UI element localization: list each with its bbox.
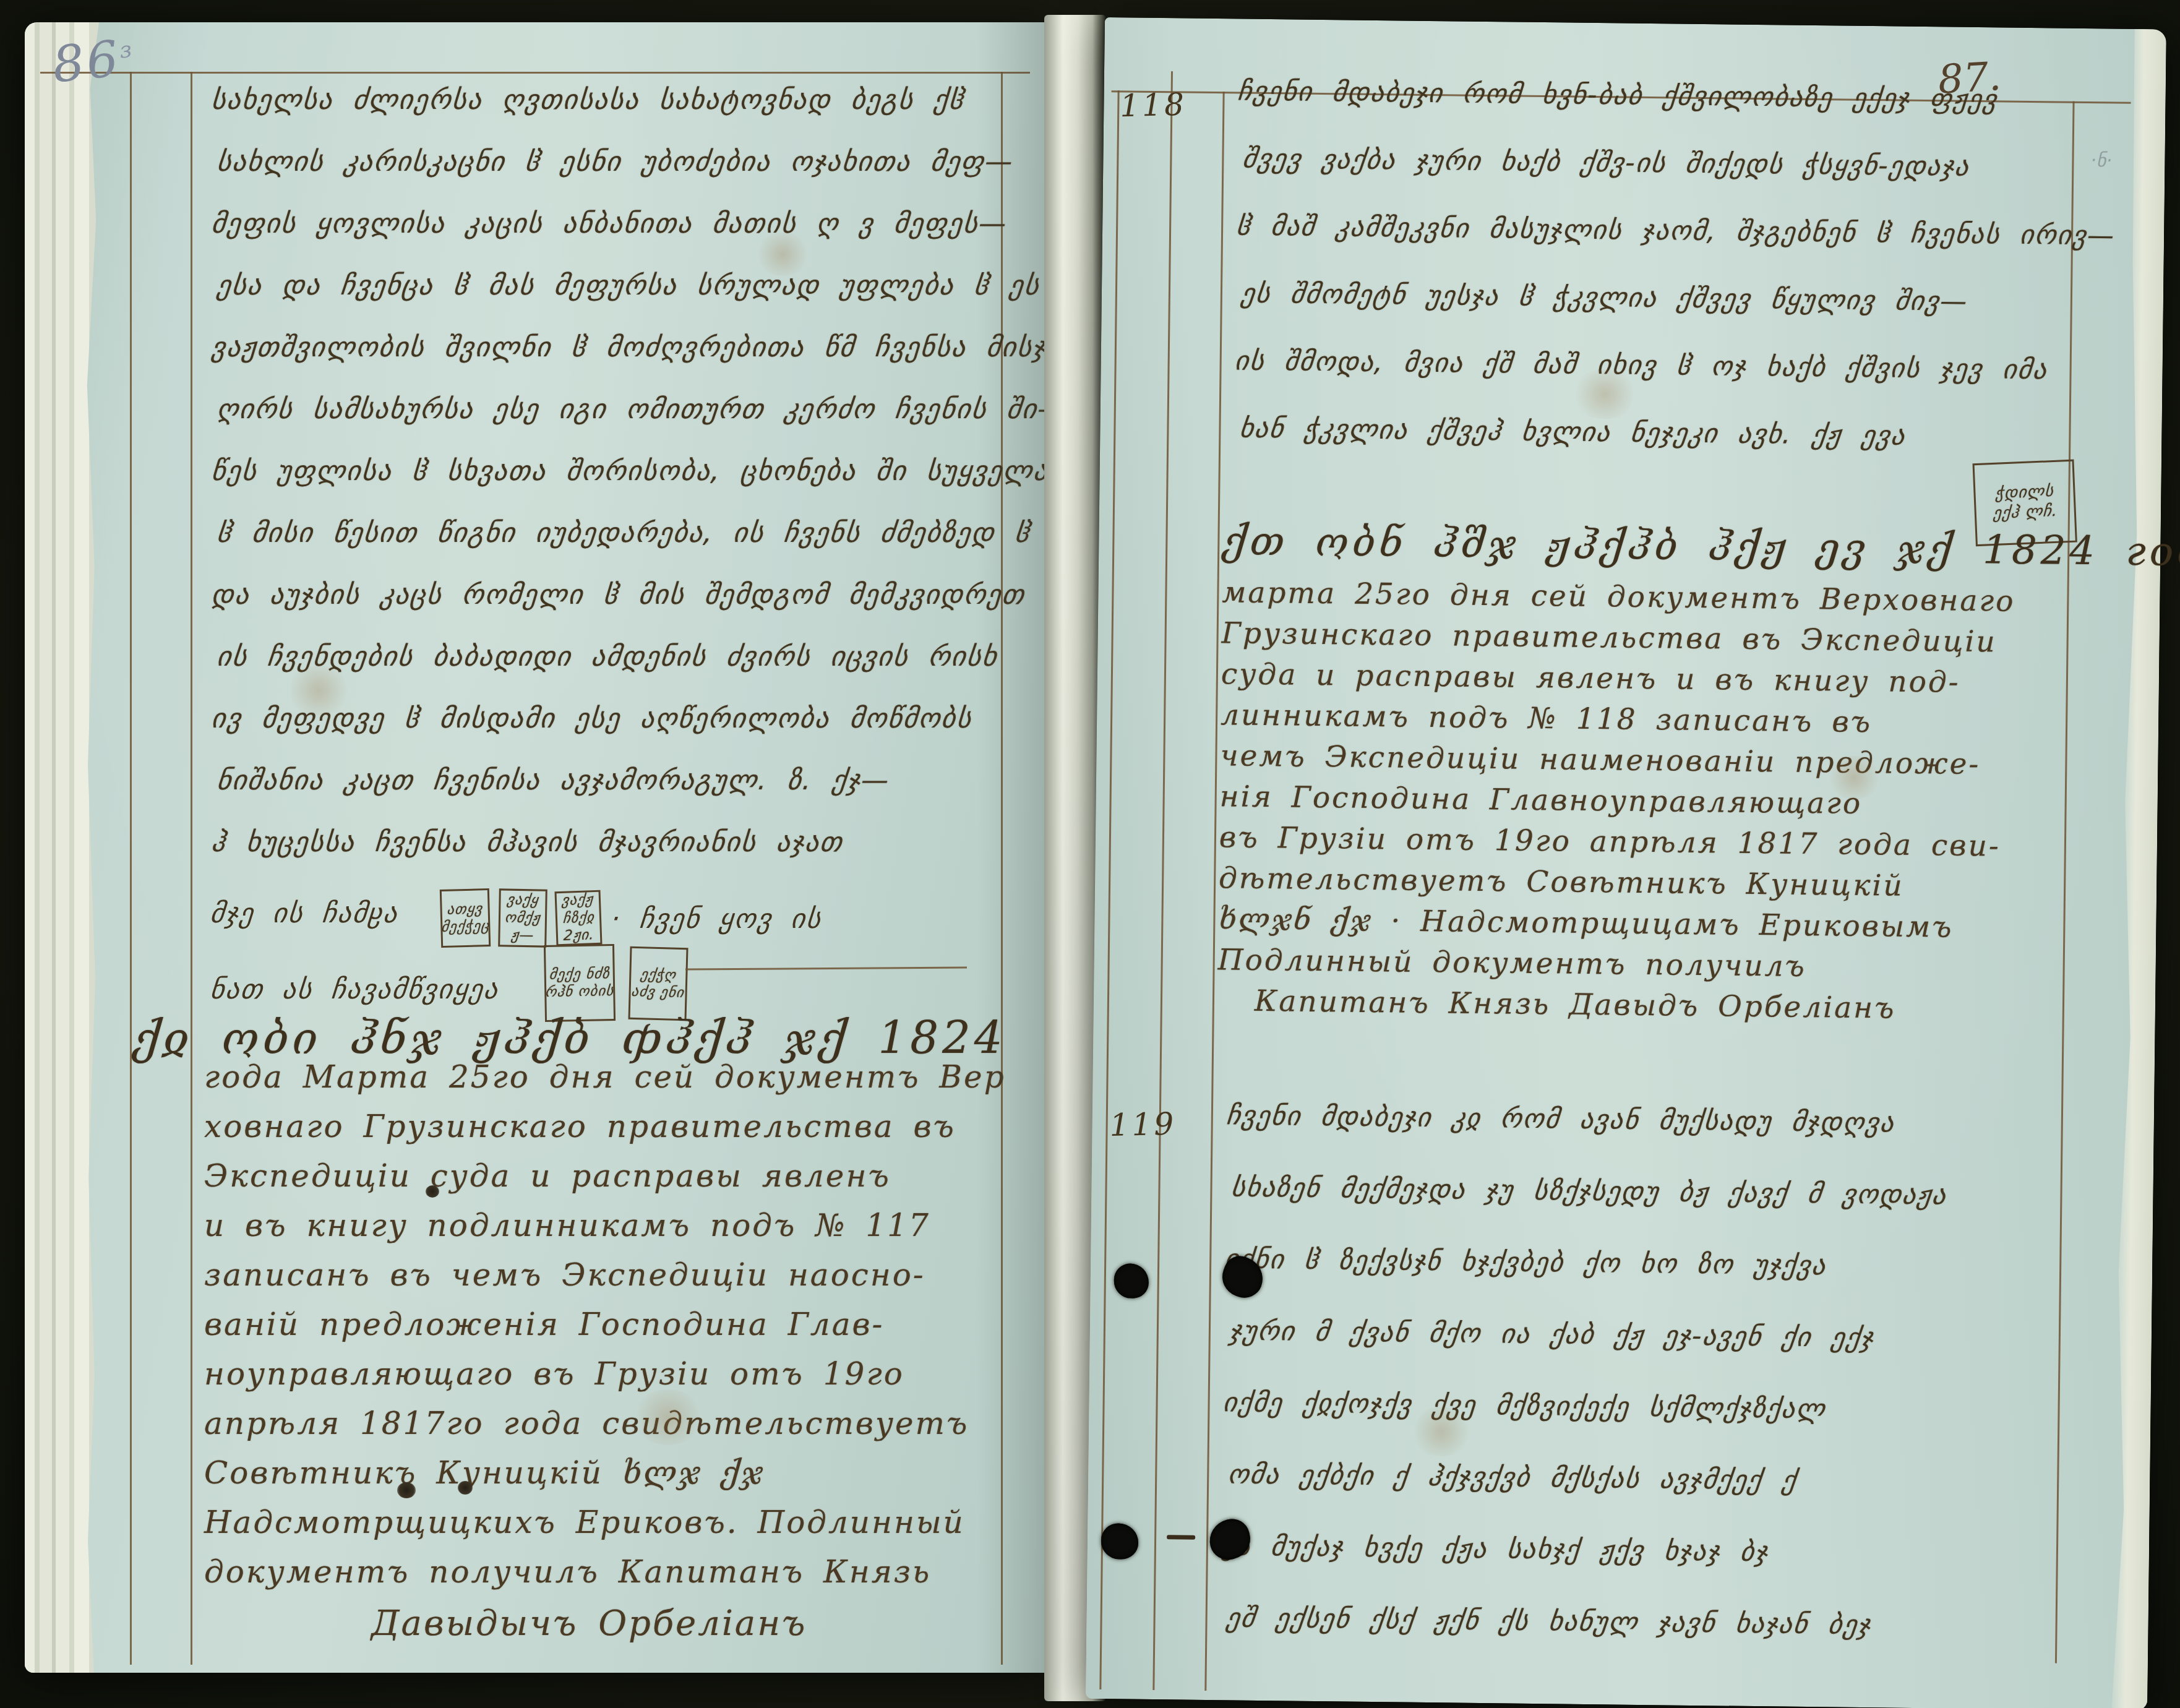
text-line: ховнаго Грузинскаго правительства въ [204,1109,1005,1158]
text-line: Давыдычъ Орбелiанъ [371,1603,1005,1653]
right-margin-rule [1001,72,1003,1665]
seal-box: ექჭღაძვ ენი [628,946,688,1021]
pen-dash [1167,1535,1195,1540]
connector-stroke [685,966,967,970]
margin-rule-outer [130,72,132,1665]
seal-row-text: · ჩვენ ყოვ ის [609,903,823,935]
text-line: Надсмотрщицкихъ Ериковъ. Подлинный [204,1504,1005,1554]
page-edge-stack [25,22,99,1673]
text-line: ноуправляющаго въ Грузiи отъ 19го [204,1356,1005,1405]
text-line: ჱ მაშ კამშეკვნი მასუჯლის ჯაომ, შჯგებნენ … [1231,210,2067,287]
text-line: ესა და ჩვენცა ჱ მას მეფურსა სრულად უფლებ… [212,270,1014,332]
text-line: ღირს სამსახურსა ესე იგი ომითურთ კერძო ჩვ… [212,393,1014,455]
seal-box: მექე ნძზრჰნ ობის [544,944,616,1022]
georgian-text-block: ჩვენი მდაბეჯი კჲ რომ ავან მუქსადუ მჯდღვა… [1219,1100,2054,1683]
seal-box-line: აძვ ენი [630,984,685,1002]
seal-box-line: 2ჟი. [563,927,595,944]
text-line: ჩვენი მდაბეჯი რომ ხვნ-ბაბ ქშვილობაზე ექე… [1233,75,2069,152]
punch-hole [1114,1263,1149,1298]
seal-box-line: ჟ— [510,927,534,944]
margin-rule-inner [191,72,192,1665]
text-line: ვაჟთშვილობის შვილნი ჱ მოძღვრებითა წმ ჩვე… [208,332,1008,393]
text-line: შვევ ვაქბა ჯური ხაქბ ქშვ-ის შიქედს ჭსყვნ… [1236,144,2074,220]
seal-box-line: ათყვ [447,901,484,918]
seal-box-line: ომქჟ [504,909,541,926]
seal-row-text: მჯე ის ჩამჸა [208,898,400,929]
ink-blot [397,1482,416,1498]
stamp-box-line: ექჰ ლჩ. [1993,502,2058,523]
page-edge-right [2108,29,2166,1708]
georgian-text-block: სახელსა ძლიერსა ღვთისასა სახატოვნად ბეგს… [210,84,1005,888]
seal-box-line: ექჭღ [640,966,677,984]
seal-box: ვაქყომქჟჟ— [498,888,547,947]
punch-hole [1101,1523,1139,1560]
text-line: документъ получилъ Капитанъ Князь [204,1554,1005,1603]
pencil-margin-mark: ·ნ· [2090,150,2112,171]
book-cover: 86з სახელსა ძლიერსა ღვთისასა სახატოვნად … [0,0,2180,1708]
text-line: ჯური მ ქვან მქო ია ქაბ ქჟ ეჯ-ავენ ქი ექჯ [1222,1315,2061,1396]
text-line: ჱ მისი წესით წიგნი იუბედარება, ის ჩვენს … [212,517,1014,579]
date-flourish-line: ქჲ ობი ჰნჯ ჟჰქბ ჶჰქჰ ჯქ 1824 [133,1012,999,1064]
entry-number-119: 119 [1109,1106,1177,1144]
ink-blot [426,1185,439,1198]
seal-box: ათყვმექჭეც [440,888,491,948]
text-line: ნიშანია კაცთ ჩვენისა ავჯამორაგულ. ზ. ქჯ— [212,765,1014,826]
text-line: ванiй предложенiя Господина Глав- [204,1307,1005,1356]
text-line: ეშ ექსენ ქსქ ჟქნ ქს ხანულ ჯავნ ხაჯან ბეჯ [1219,1602,2058,1683]
text-line: записанъ въ чемъ Экспедицiи наосно- [204,1257,1005,1307]
date-flourish-line: ქთ ობნ ჰშჯ ჟჰქჰბ ჰქჟ ევ ჯქ 1824 года [1222,518,2101,574]
seal-box-line: მექე ნძზ [549,966,611,983]
text-line: და აუჯბის კაცს რომელი ჱ მის შემდგომ მემკ… [208,579,1008,641]
stain [1571,369,1639,419]
text-line: ომა ექბქი ქ ჰქჯვქვბ მქსქას ავჯმქექ ქ [1221,1459,2059,1540]
seal-box-line: ჩზქჲ [562,909,595,927]
text-line: года Марта 25го дня сей документъ Вер [204,1059,1005,1109]
stain [1410,1407,1473,1457]
text-line: წეს უფლისა ჱ სხვათა შორისობა, ცხონება ში… [208,455,1008,517]
text-line: იქნი ჱ ზექვსჯნ ხჯქვბებ ქო ხო ზო უჯქვა [1219,1243,2055,1324]
text-line: Экспедицiи суда и расправы явленъ [204,1158,1005,1208]
text-line: ჰ ხუცესსა ჩვენსა მჰავის მჯავრიანის აჯათ [208,826,1008,888]
text-line: სახელსა ძლიერსა ღვთისასა სახატოვნად ბეგს… [208,84,1008,146]
margin-rule-number [1152,71,1173,1690]
text-line: ქა მუქაჯ ხვქე ქჟა სახჯქ ჟქვ ხჯაჯ ბჯ [1216,1530,2052,1611]
margin-rule-outer [1099,90,1119,1689]
seal-box-line: ვაქყ [506,892,539,909]
text-line: მეფის ყოვლისა კაცის ანბანითა მათის ღ ვ მ… [208,208,1008,270]
text-line: и въ книгу подлинникамъ подъ № 117 [204,1208,1005,1257]
text-line: ეს შმომეტნ უესჯა ჱ ჭკვლია ქშვევ წყულივ შ… [1234,278,2072,355]
text-line: ჩვენი მდაბეჯი კჲ რომ ავან მუქსადუ მჯდღვა [1221,1100,2057,1181]
text-line: ის შმოდა, მვია ქშ მაშ იხივ ჱ ოჯ ხაქბ ქშვ… [1230,345,2066,422]
seal-box-line: მექჭეც [440,918,490,936]
seal-row-text: ნათ ას ჩავამწვიყეა [208,974,500,1005]
stamp-box-line: ჭდილს [1994,483,2054,504]
stain [755,233,810,276]
top-rule [40,72,1030,74]
seal-box: ვაქჟჩზქჲ2ჟი. [554,890,602,946]
text-line: იქმე ქჲქოჯქვ ქვე მქზვიქექე სქმლქჯზქალ [1218,1387,2054,1468]
folio-superscript: з [118,37,135,64]
entry-number-118: 118 [1120,87,1187,124]
text-line: апрѣля 1817го года свидѣтельствуетъ [204,1405,1005,1455]
text-line: ხან ჭკვლია ქშვეჰ ხვლია ნეჯეკი ავხ. ქჟ ევ… [1233,413,2071,490]
stain [1826,755,1882,799]
folio-number: 86з [50,28,138,93]
right-page: 87. ·ნ· 118 ჩვენი მდაბეჯი რომ ხვნ-ბაბ ქშ… [1086,17,2166,1708]
russian-text-block: марта 25го дня сей документъ ВерховнагоГ… [1217,575,2064,1034]
russian-text-block: года Марта 25го дня сей документъ Верхов… [204,1059,1005,1653]
stain [285,666,353,715]
text-line: Капитанъ Князь Давыдъ Орбелiанъ [1255,984,2059,1034]
text-line: სხაზენ მექმეჯდა ჯუ სზქჯსედუ ბჟ ქავქ მ ვო… [1224,1172,2062,1253]
folio-digits: 86 [50,30,124,94]
ink-blot [458,1481,473,1495]
text-line: სახლის კარისკაცნი ჱ ესნი უბოძებია ოჯახით… [212,146,1014,208]
seal-box-line: რჰნ ობის [544,983,615,1000]
left-page: 86з სახელსა ძლიერსა ღვთისასა სახატოვნად … [25,22,1052,1673]
seal-box-line: ვაქჟ [562,891,594,909]
text-line: Совѣтникъ Куницкiй ხლჯ ქჯ [204,1455,1005,1504]
georgian-text-block: ჩვენი მდაბეჯი რომ ხვნ-ბაბ ქშვილობაზე ექე… [1232,75,2066,489]
stain [631,1389,705,1445]
